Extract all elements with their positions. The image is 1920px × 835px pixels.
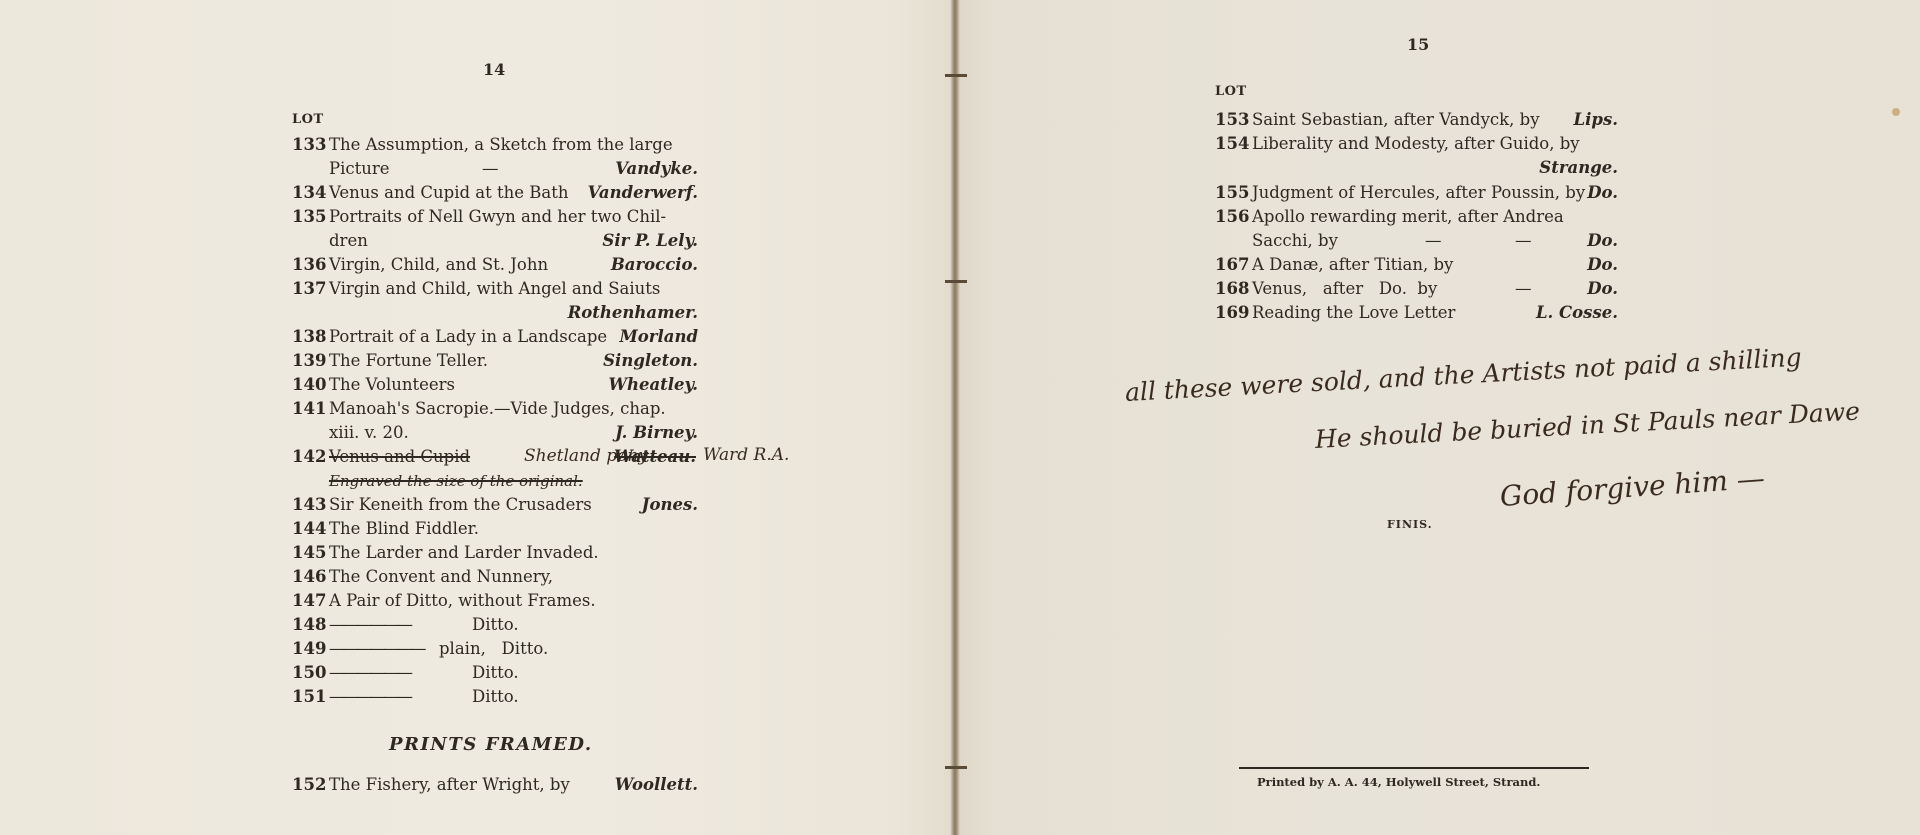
lot-number: 137	[292, 277, 329, 300]
entry-artist: Vandyke.	[615, 157, 698, 180]
entry-artist: Singleton.	[603, 349, 698, 372]
entry-title: Portrait of a Lady in a Landscape	[329, 327, 607, 346]
catalogue-entry: 134Venus and Cupid at the Bath Vanderwer…	[292, 181, 698, 204]
struck-artist: Watteau.	[614, 445, 696, 468]
catalogue-entry: 169Reading the Love Letter L. Cosse.	[1215, 301, 1618, 324]
catalogue-entry: 137Virgin and Child, with Angel and Saiu…	[292, 277, 698, 300]
binding-stitch	[945, 280, 967, 283]
ditto-rule: ——————	[329, 663, 410, 682]
catalogue-entry: 154Liberality and Modesty, after Guido, …	[1215, 132, 1618, 155]
catalogue-entry: 148—————— Ditto.	[292, 613, 698, 636]
catalogue-entry: 156Apollo rewarding merit, after Andrea	[1215, 205, 1618, 228]
entry-title: Judgment of Hercules, after Poussin, by	[1252, 183, 1585, 202]
lot-number: 168	[1215, 277, 1252, 300]
lot-number: 145	[292, 541, 329, 564]
lot-number: 149	[292, 637, 329, 660]
lot-number: 155	[1215, 181, 1252, 204]
entry-title: Sir Keneith from the Crusaders	[329, 495, 592, 514]
entry-artist: Do.	[1587, 277, 1618, 300]
entry-artist: Woollett.	[615, 773, 698, 796]
catalogue-entry: 150—————— Ditto.	[292, 661, 698, 684]
catalogue-entry: 167A Danæ, after Titian, by Do.	[1215, 253, 1618, 276]
catalogue-entry-continued: Picture — Vandyke.	[292, 157, 698, 180]
catalogue-entry: 140The Volunteers Wheatley.	[292, 373, 698, 396]
ditto-rule: ——————	[329, 687, 410, 706]
entry-artist: L. Cosse.	[1536, 301, 1618, 324]
entry-title: Virgin, Child, and St. John	[329, 255, 548, 274]
entry-title: A Danæ, after Titian, by	[1252, 255, 1453, 274]
entry-title: The Convent and Nunnery,	[329, 567, 553, 586]
entry-title-cont: xiii. v. 20.	[329, 423, 409, 442]
lot-number: 138	[292, 325, 329, 348]
ditto-rule: ——————	[329, 615, 410, 634]
binding-stitch	[945, 766, 967, 769]
handwritten-artist: Ward R.A.	[703, 445, 789, 465]
entry-title: Ditto.	[472, 613, 519, 636]
entry-title: Venus and Cupid at the Bath	[329, 183, 569, 202]
entry-artist: J. Birney.	[615, 421, 698, 444]
catalogue-entry-continued: Engraved the size of the original.	[292, 469, 698, 493]
catalogue-entry-amended: 142Venus and Cupid Shetland pony Watteau…	[292, 445, 698, 468]
lot-number: 169	[1215, 301, 1252, 324]
catalogue-entry: 149——————— plain, Ditto.	[292, 637, 698, 660]
lot-number: 147	[292, 589, 329, 612]
lot-header: LOT	[292, 112, 324, 127]
catalogue-entry: 146The Convent and Nunnery,	[292, 565, 698, 588]
lot-number: 139	[292, 349, 329, 372]
entry-title: Venus, after Do. by	[1252, 279, 1437, 298]
handwritten-note-line-3: God forgive him —	[1499, 462, 1766, 513]
page-number: 15	[1407, 35, 1429, 54]
entry-title: Ditto.	[472, 685, 519, 708]
book-spine	[950, 0, 960, 835]
finis: FINIS.	[1387, 518, 1433, 531]
ditto-rule: ———————	[329, 639, 424, 658]
binding-stitch	[945, 74, 967, 77]
entry-title: The Volunteers	[329, 375, 455, 394]
handwritten-note-line-1: all these were sold, and the Artists not…	[1124, 343, 1802, 407]
entry-artist: Baroccio.	[611, 253, 698, 276]
dash: —	[1515, 277, 1532, 300]
dash: —	[1515, 229, 1532, 252]
lot-header: LOT	[1215, 84, 1247, 99]
printer-imprint: Printed by A. A. 44, Holywell Street, St…	[1257, 775, 1540, 789]
catalogue-entry-continued: dren Sir P. Lely.	[292, 229, 698, 252]
catalogue-entry: 145The Larder and Larder Invaded.	[292, 541, 698, 564]
lot-number: 135	[292, 205, 329, 228]
lot-number: 156	[1215, 205, 1252, 228]
catalogue-entry: 152The Fishery, after Wright, by Woollet…	[292, 773, 698, 796]
lot-number: 153	[1215, 108, 1252, 131]
dash: —	[482, 157, 499, 180]
entry-title-cont: dren	[329, 231, 368, 250]
catalogue-entry: 143Sir Keneith from the Crusaders Jones.	[292, 493, 698, 516]
entry-title: The Blind Fiddler.	[329, 519, 479, 538]
entry-title: plain, Ditto.	[439, 637, 548, 660]
entry-artist: Wheatley.	[608, 373, 698, 396]
entry-title: The Assumption, a Sketch from the large	[329, 135, 673, 154]
catalogue-entry: 155Judgment of Hercules, after Poussin, …	[1215, 181, 1618, 204]
entry-artist: Vanderwerf.	[588, 181, 698, 204]
lot-number: 134	[292, 181, 329, 204]
entry-artist: Rothenhamer.	[568, 301, 698, 324]
lot-number: 133	[292, 133, 329, 156]
entry-artist: Strange.	[1539, 156, 1618, 179]
lot-number: 154	[1215, 132, 1252, 155]
section-title: PRINTS FRAMED.	[389, 734, 593, 755]
entry-title: The Fortune Teller.	[329, 351, 488, 370]
lot-number: 151	[292, 685, 329, 708]
catalogue-entry: 135Portraits of Nell Gwyn and her two Ch…	[292, 205, 698, 228]
catalogue-entry: 139The Fortune Teller. Singleton.	[292, 349, 698, 372]
entry-artist: Lips.	[1574, 108, 1618, 131]
catalogue-entry: 168Venus, after Do. by — Do.	[1215, 277, 1618, 300]
entry-title: Saint Sebastian, after Vandyck, by	[1252, 110, 1540, 129]
entry-title: Virgin and Child, with Angel and Saiuts	[329, 279, 660, 298]
struck-note: Engraved the size of the original.	[329, 472, 583, 490]
foxing-spot	[1892, 108, 1900, 116]
entry-title: Portraits of Nell Gwyn and her two Chil-	[329, 207, 666, 226]
lot-number: 146	[292, 565, 329, 588]
entry-title-cont: Picture	[329, 159, 390, 178]
lot-number: 142	[292, 445, 329, 468]
dash: —	[1425, 229, 1442, 252]
catalogue-entry: 141Manoah's Sacropie.—Vide Judges, chap.	[292, 397, 698, 420]
catalogue-entry: 138Portrait of a Lady in a Landscape Mor…	[292, 325, 698, 348]
lot-number: 152	[292, 773, 329, 796]
imprint-rule	[1239, 767, 1589, 769]
entry-artist: Do.	[1587, 181, 1618, 204]
entry-title: Apollo rewarding merit, after Andrea	[1252, 207, 1564, 226]
lot-number: 167	[1215, 253, 1252, 276]
entry-artist: Sir P. Lely.	[602, 229, 698, 252]
catalogue-entry: 151—————— Ditto.	[292, 685, 698, 708]
catalogue-entry: 133The Assumption, a Sketch from the lar…	[292, 133, 698, 156]
entry-title: Ditto.	[472, 661, 519, 684]
page-number: 14	[483, 60, 505, 79]
entry-title: The Fishery, after Wright, by	[329, 775, 570, 794]
lot-number: 150	[292, 661, 329, 684]
lot-number: 140	[292, 373, 329, 396]
catalogue-entry: 147A Pair of Ditto, without Frames.	[292, 589, 698, 612]
lot-number: 141	[292, 397, 329, 420]
entry-title: Manoah's Sacropie.—Vide Judges, chap.	[329, 399, 666, 418]
catalogue-entry-continued: Sacchi, by — — Do.	[1215, 229, 1618, 252]
lot-number: 143	[292, 493, 329, 516]
entry-artist: Jones.	[642, 493, 698, 516]
lot-number: 148	[292, 613, 329, 636]
catalogue-entry: 144The Blind Fiddler.	[292, 517, 698, 540]
right-page: 15 LOT 153Saint Sebastian, after Vandyck…	[955, 0, 1920, 835]
left-page: 14 LOT 133The Assumption, a Sketch from …	[0, 0, 955, 835]
struck-title: Venus and Cupid	[329, 447, 470, 466]
lot-number: 136	[292, 253, 329, 276]
entry-title: Reading the Love Letter	[1252, 303, 1455, 322]
entry-artist: Do.	[1587, 229, 1618, 252]
entry-title-cont: Sacchi, by	[1252, 231, 1338, 250]
catalogue-entry-continued: xiii. v. 20. J. Birney.	[292, 421, 698, 444]
catalogue-entry: 153Saint Sebastian, after Vandyck, by Li…	[1215, 108, 1618, 131]
entry-artist: Morland	[620, 325, 698, 348]
entry-title: Liberality and Modesty, after Guido, by	[1252, 134, 1580, 153]
handwritten-note-line-2: He should be buried in St Pauls near Daw…	[1314, 396, 1860, 454]
entry-title: The Larder and Larder Invaded.	[329, 543, 599, 562]
lot-number: 144	[292, 517, 329, 540]
entry-title: A Pair of Ditto, without Frames.	[329, 591, 596, 610]
entry-artist: Do.	[1587, 253, 1618, 276]
catalogue-entry: 136Virgin, Child, and St. John Baroccio.	[292, 253, 698, 276]
